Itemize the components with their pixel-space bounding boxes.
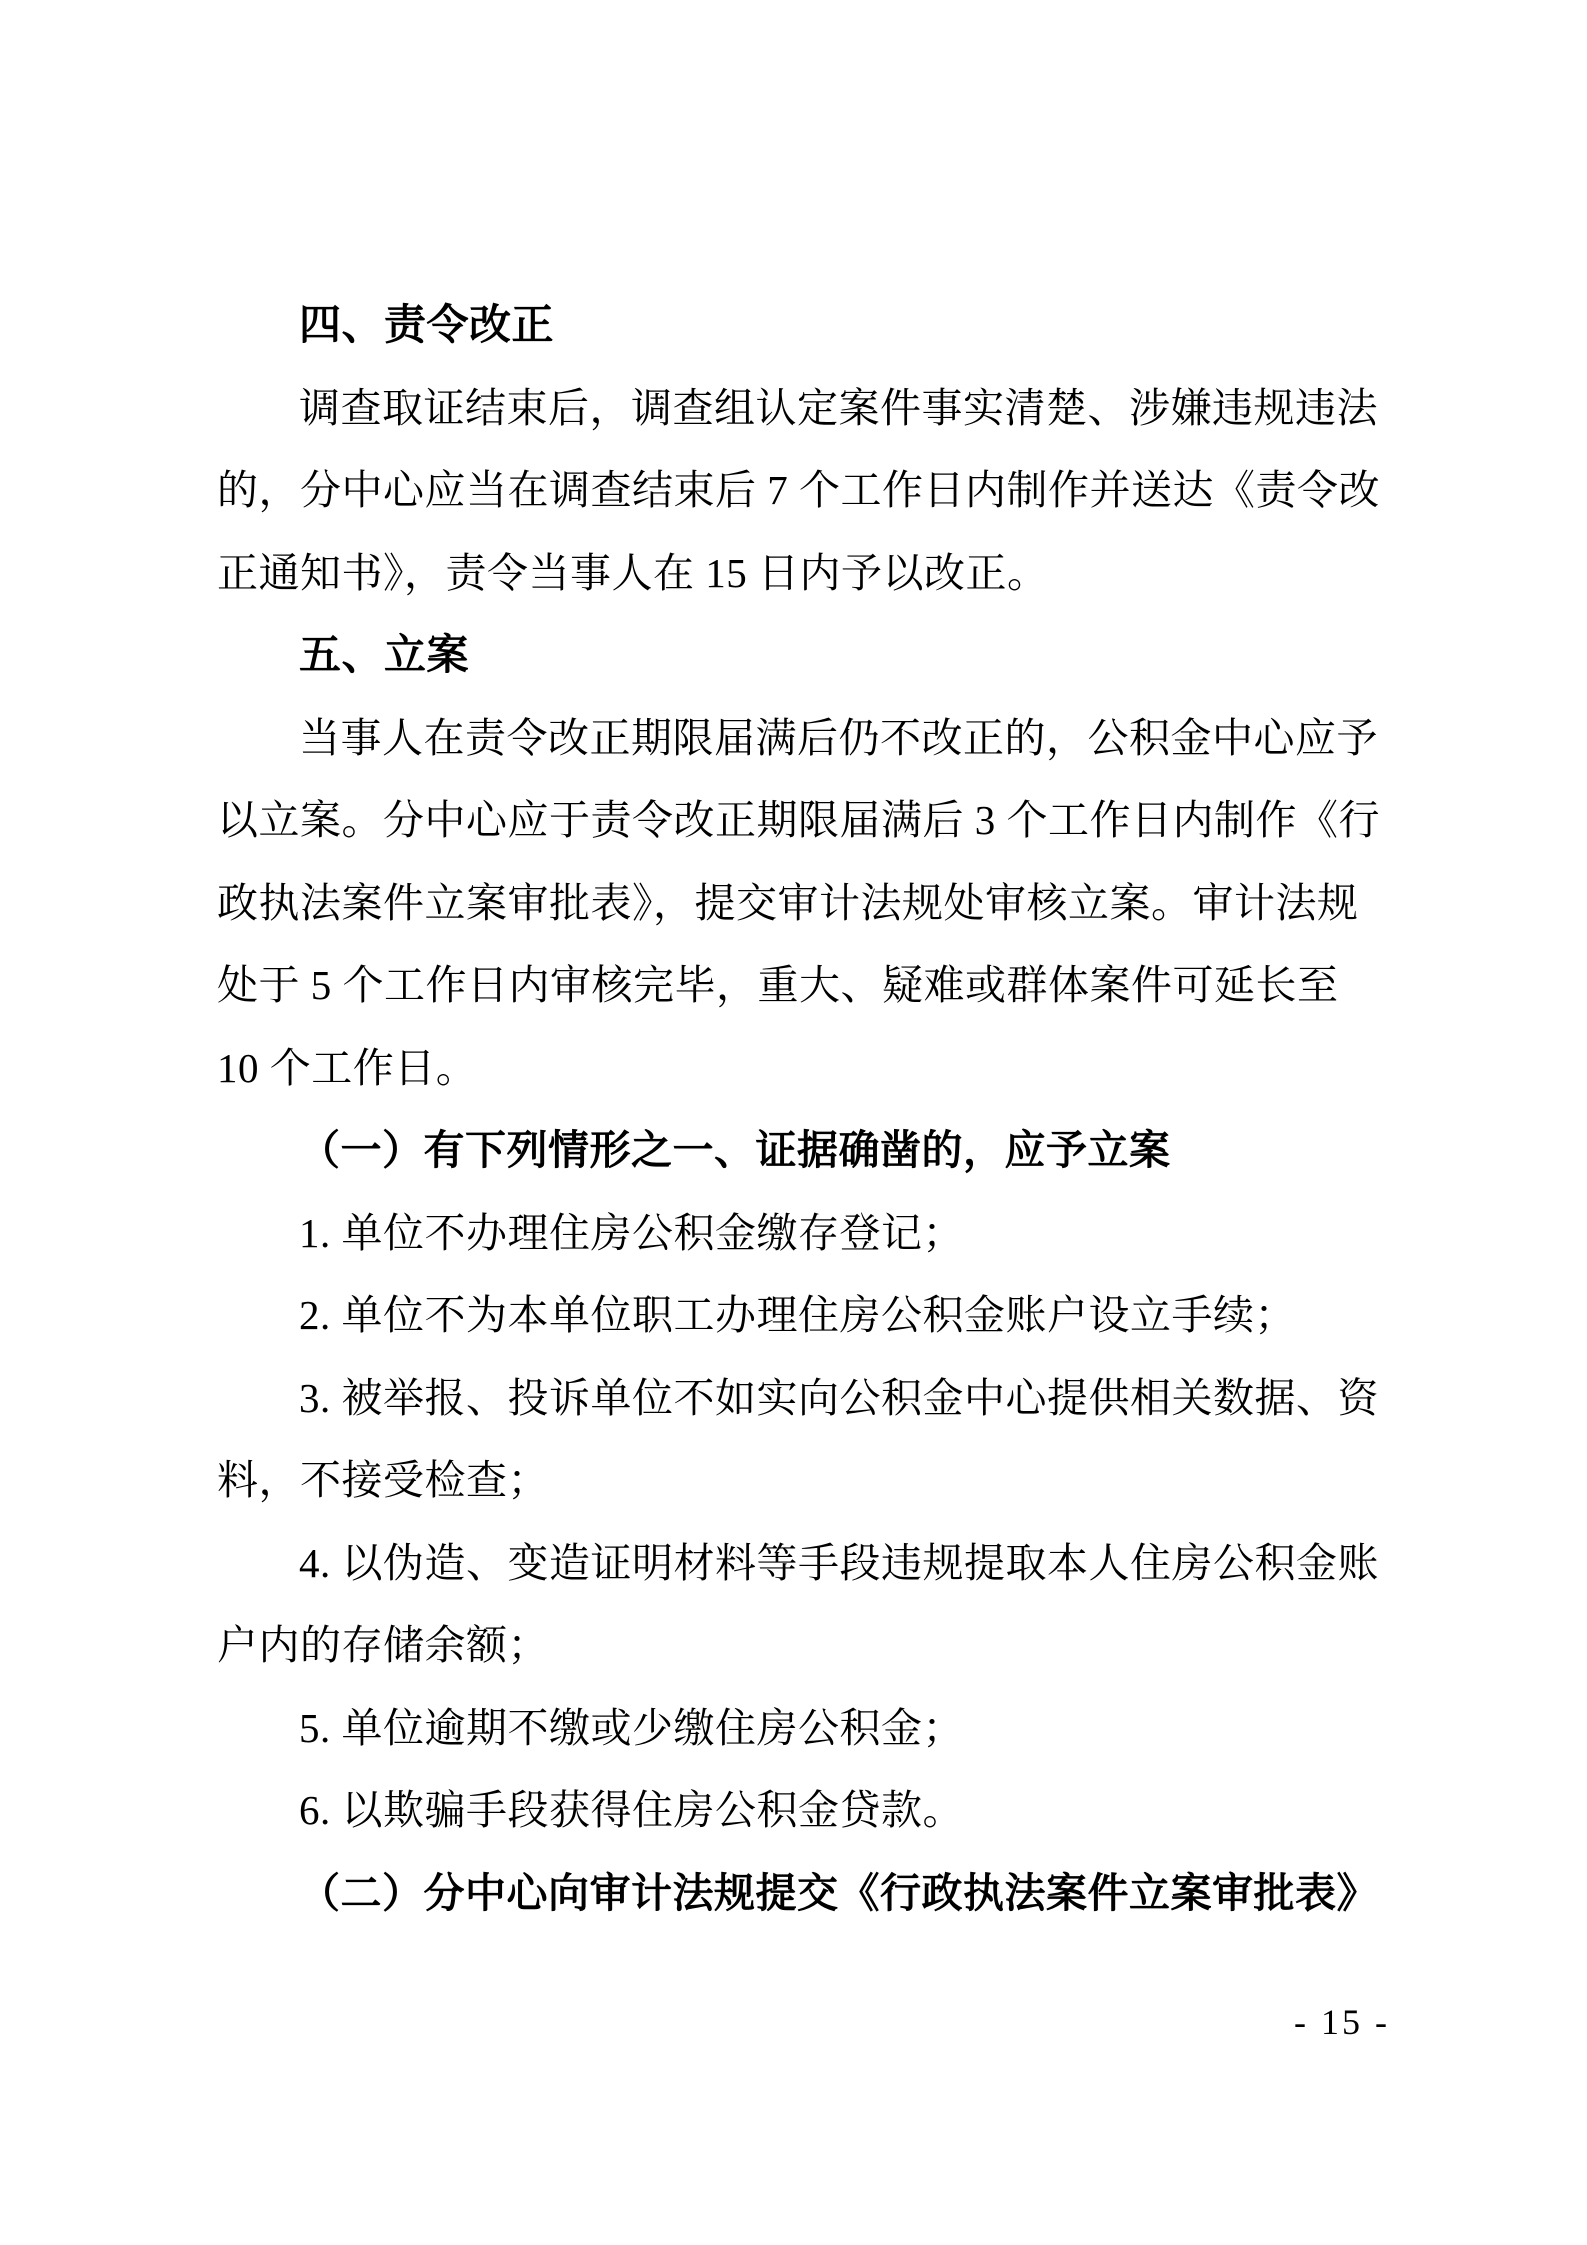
list-item-1: 1. 单位不办理住房公积金缴存登记； <box>217 1192 1407 1275</box>
para-case-filing-line-3: 政执法案件立案审批表》，提交审计法规处审核立案。审计法规 <box>217 862 1407 945</box>
list-item-3: 3. 被举报、投诉单位不如实向公积金中心提供相关数据、资 <box>217 1357 1407 1440</box>
para-case-filing-line-5: 10 个工作日。 <box>217 1027 1407 1110</box>
list-item-5: 5. 单位逾期不缴或少缴住房公积金； <box>217 1687 1407 1770</box>
list-item-6: 6. 以欺骗手段获得住房公积金贷款。 <box>217 1769 1407 1852</box>
document-body: 四、责令改正 调查取证结束后，调查组认定案件事实清楚、涉嫌违规违法 的，分中心应… <box>217 284 1407 1934</box>
list-item-3-continuation: 料，不接受检查； <box>217 1439 1407 1522</box>
para-order-correction-line-2: 的，分中心应当在调查结束后 7 个工作日内制作并送达《责令改 <box>217 449 1407 532</box>
section-heading-four: 四、责令改正 <box>217 284 1407 367</box>
subheading-clause-one: （一）有下列情形之一、证据确凿的，应予立案 <box>217 1109 1407 1192</box>
para-case-filing-line-1: 当事人在责令改正期限届满后仍不改正的，公积金中心应予 <box>217 697 1407 780</box>
page-number: - 15 - <box>1294 2001 1390 2043</box>
section-heading-five: 五、立案 <box>217 614 1407 697</box>
list-item-4: 4. 以伪造、变造证明材料等手段违规提取本人住房公积金账 <box>217 1522 1407 1605</box>
subheading-clause-two: （二）分中心向审计法规提交《行政执法案件立案审批表》 <box>217 1852 1407 1935</box>
para-order-correction-line-3: 正通知书》，责令当事人在 15 日内予以改正。 <box>217 532 1407 615</box>
para-case-filing-line-2: 以立案。分中心应于责令改正期限届满后 3 个工作日内制作《行 <box>217 779 1407 862</box>
para-case-filing-line-4: 处于 5 个工作日内审核完毕，重大、疑难或群体案件可延长至 <box>217 944 1407 1027</box>
document-page: 四、责令改正 调查取证结束后，调查组认定案件事实清楚、涉嫌违规违法 的，分中心应… <box>0 0 1587 2245</box>
list-item-4-continuation: 户内的存储余额； <box>217 1604 1407 1687</box>
list-item-2: 2. 单位不为本单位职工办理住房公积金账户设立手续； <box>217 1274 1407 1357</box>
para-order-correction-line-1: 调查取证结束后，调查组认定案件事实清楚、涉嫌违规违法 <box>217 367 1407 450</box>
